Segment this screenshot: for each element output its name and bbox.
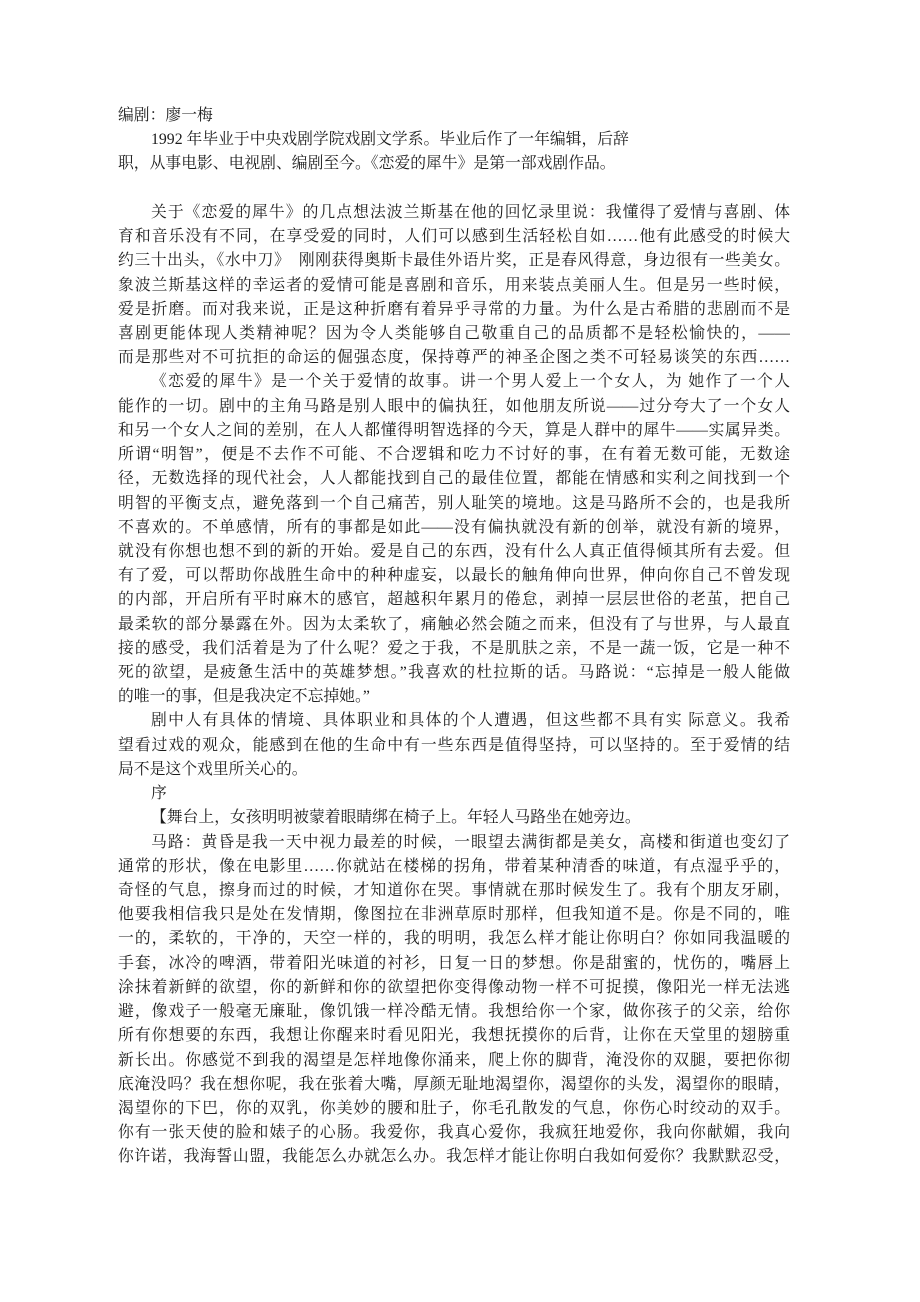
text-line: 的内部，开启所有平时麻木的感官，超越积年累月的倦怠，剥掉一层层世俗的老茧，把自己 bbox=[118, 588, 790, 612]
text-line: 最柔软的部分暴露在外。因为太柔软了，痛触必然会随之而来，但没有了与世界，与人最直 bbox=[118, 613, 790, 637]
text-line: 剧中人有具体的情境、具体职业和具体的个人遭遇，但这些都不具有实 际意义。我希 bbox=[118, 709, 790, 733]
text-line: 象波兰斯基这样的幸运者的爱情可能是喜剧和音乐，用来装点美丽人生。但是另一些时候， bbox=[118, 274, 790, 298]
text-line: 育和音乐没有不同，在享受爱的同时，人们可以感到生活轻松自如……他有此感受的时候大 bbox=[118, 225, 790, 249]
text-line: 你有一张天使的脸和婊子的心肠。我爱你，我真心爱你，我疯狂地爱你，我向你献媚，我向 bbox=[118, 1121, 790, 1145]
text-line: 职，从事电影、电视剧、编剧至今。《恋爱的犀牛》是第一部戏剧作品。 bbox=[118, 152, 790, 176]
text-line: 【舞台上，女孩明明被蒙着眼睛绑在椅子上。年轻人马路坐在她旁边。 bbox=[118, 806, 790, 830]
text-line: 编剧：廖一梅 bbox=[118, 104, 790, 128]
text-line: 望看过戏的观众，能感到在他的生命中有一些东西是值得坚持，可以坚持的。至于爱情的结 bbox=[118, 734, 790, 758]
blank-line bbox=[118, 177, 790, 201]
text-line: 一的，柔软的，干净的，天空一样的，我的明明，我怎么样才能让你明白？你如同我温暖的 bbox=[118, 927, 790, 951]
text-line: 有了爱，可以帮助你战胜生命中的种种虚妄，以最长的触角伸向世界，伸向你自己不曾发现 bbox=[118, 564, 790, 588]
text-line: 渴望你的下巴，你的双乳，你美妙的腰和肚子，你毛孔散发的气息，你伤心时绞动的双手。 bbox=[118, 1097, 790, 1121]
text-line: 《恋爱的犀牛》是一个关于爱情的故事。讲一个男人爱上一个女人，为 她作了一个人 bbox=[118, 370, 790, 394]
text-line: 他要我相信我只是处在发情期，像图拉在非洲草原时那样，但我知道不是。你是不同的，唯 bbox=[118, 903, 790, 927]
text-line: 所有你想要的东西，我想让你醒来时看见阳光，我想抚摸你的后背，让你在天堂里的翅膀重 bbox=[118, 1024, 790, 1048]
text-line: 而是那些对不可抗拒的命运的倔强态度，保持尊严的神圣企图之类不可轻易谈笑的东西…… bbox=[118, 346, 790, 370]
text-line: 明智的平衡支点，避免落到一个自己痛苦，别人耻笑的境地。这是马路所不会的，也是我所 bbox=[118, 492, 790, 516]
text-line: 所谓“明智”，便是不去作不可能、不合逻辑和吃力不讨好的事，在有着无数可能，无数途 bbox=[118, 443, 790, 467]
document-text: 编剧：廖一梅1992 年毕业于中央戏剧学院戏剧文学系。毕业后作了一年编辑，后辞职… bbox=[118, 104, 790, 1170]
text-line: 死的欲望，是疲惫生活中的英雄梦想。”我喜欢的杜拉斯的话。马路说：“忘掉是一般人能… bbox=[118, 661, 790, 685]
text-line: 能作的一切。剧中的主角马路是别人眼中的偏执狂，如他朋友所说——过分夸大了一个女人 bbox=[118, 395, 790, 419]
text-line: 涂抹着新鲜的欲望，你的新鲜和你的欲望把你变得像动物一样不可捉摸，像阳光一样无法逃 bbox=[118, 976, 790, 1000]
text-line: 你许诺，我海誓山盟，我能怎么办就怎么办。我怎样才能让你明白我如何爱你？我默默忍受… bbox=[118, 1145, 790, 1169]
text-line: 接的感受，我们活着是为了什么呢？爱之于我，不是肌肤之亲，不是一蔬一饭，它是一种不 bbox=[118, 637, 790, 661]
text-line: 关于《恋爱的犀牛》的几点想法波兰斯基在他的回忆录里说：我懂得了爱情与喜剧、体 bbox=[118, 201, 790, 225]
document-page: 编剧：廖一梅1992 年毕业于中央戏剧学院戏剧文学系。毕业后作了一年编辑，后辞职… bbox=[0, 0, 920, 1302]
text-line: 奇怪的气息，擦身而过的时候，才知道你在哭。事情就在那时候发生了。我有个朋友牙刷， bbox=[118, 879, 790, 903]
text-line: 通常的形状，像在电影里……你就站在楼梯的拐角，带着某种清香的味道，有点湿乎乎的， bbox=[118, 855, 790, 879]
text-line: 底淹没吗？我在想你呢，我在张着大嘴，厚颜无耻地渴望你，渴望你的头发，渴望你的眼睛… bbox=[118, 1073, 790, 1097]
text-line: 径，无数选择的现代社会，人人都能找到自己的最佳位置，都能在情感和实利之间找到一个 bbox=[118, 467, 790, 491]
text-line: 不喜欢的。不单感情，所有的事都是如此——没有偏执就没有新的创举，就没有新的境界， bbox=[118, 516, 790, 540]
text-line: 马路：黄昏是我一天中视力最差的时候，一眼望去满街都是美女，高楼和街道也变幻了 bbox=[118, 831, 790, 855]
text-line: 新长出。你感觉不到我的渴望是怎样地像你涌来，爬上你的脚背，淹没你的双腿，要把你彻 bbox=[118, 1049, 790, 1073]
text-line: 手套，冰冷的啤酒，带着阳光味道的衬衫，日复一日的梦想。你是甜蜜的，忧伤的，嘴唇上 bbox=[118, 952, 790, 976]
text-line: 就没有你想也想不到的新的开始。爱是自己的东西，没有什么人真正值得倾其所有去爱。但 bbox=[118, 540, 790, 564]
text-line: 局不是这个戏里所关心的。 bbox=[118, 758, 790, 782]
text-line: 约三十出头，《水中刀》 刚刚获得奥斯卡最佳外语片奖，正是春风得意，身边很有一些美… bbox=[118, 249, 790, 273]
text-line: 喜剧更能体现人类精神呢？因为令人类能够自己敬重自己的品质都不是轻松愉快的，—— bbox=[118, 322, 790, 346]
text-line: 爱是折磨。而对我来说，正是这种折磨有着异乎寻常的力量。为什么是古希腊的悲剧而不是 bbox=[118, 298, 790, 322]
text-line: 和另一个女人之间的差别，在人人都懂得明智选择的今天，算是人群中的犀牛——实属异类… bbox=[118, 419, 790, 443]
text-line: 避，像戏子一般毫无廉耻，像饥饿一样冷酷无情。我想给你一个家，做你孩子的父亲，给你 bbox=[118, 1000, 790, 1024]
text-line: 1992 年毕业于中央戏剧学院戏剧文学系。毕业后作了一年编辑，后辞 bbox=[118, 128, 790, 152]
text-line: 序 bbox=[118, 782, 790, 806]
text-line: 的唯一的事，但是我决定不忘掉她。” bbox=[118, 685, 790, 709]
